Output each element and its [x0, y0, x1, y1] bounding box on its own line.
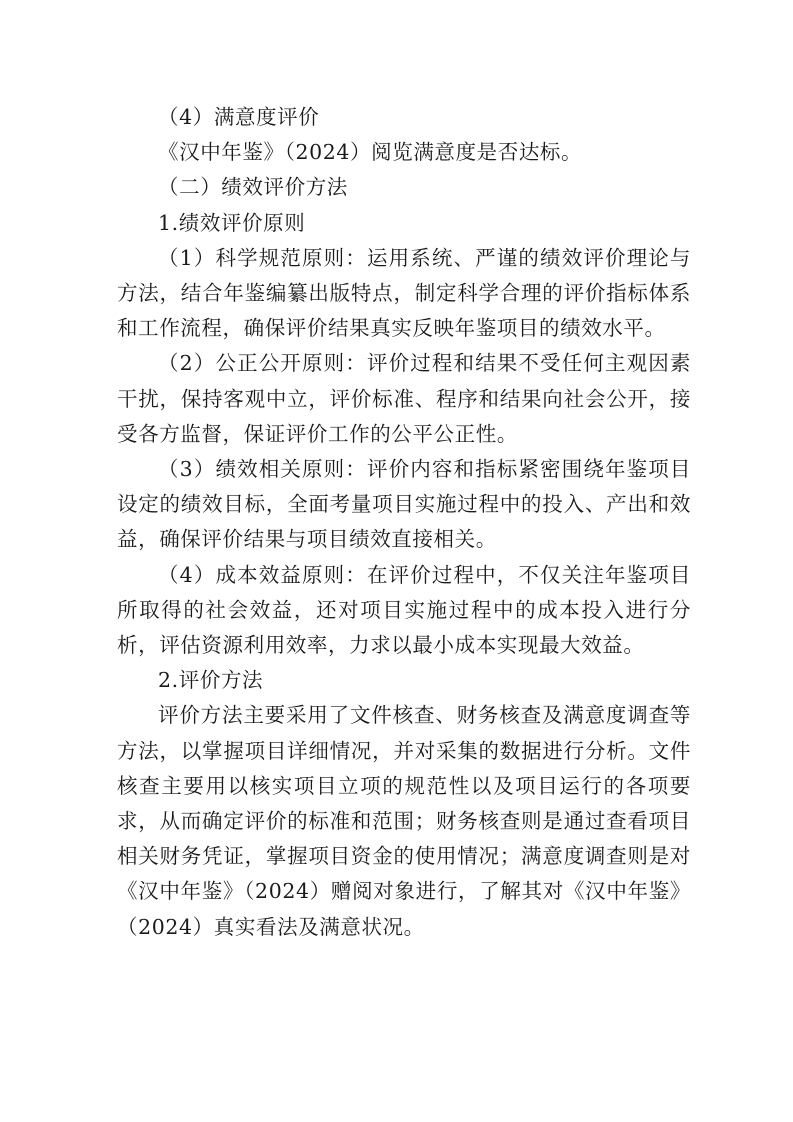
paragraph-fairness-principle: （2）公正公开原则：评价过程和结果不受任何主观因素干扰，保持客观中立，评价标准、… — [117, 346, 691, 452]
paragraph-relevance-principle: （3）绩效相关原则：评价内容和指标紧密围绕年鉴项目设定的绩效目标，全面考量项目实… — [117, 452, 691, 558]
paragraph-scientific-principle: （1）科学规范原则：运用系统、严谨的绩效评价理论与方法，结合年鉴编纂出版特点，制… — [117, 241, 691, 347]
section-heading-satisfaction: （4）满意度评价 — [117, 100, 691, 135]
paragraph-cost-benefit-principle: （4）成本效益原则：在评价过程中，不仅关注年鉴项目所取得的社会效益，还对项目实施… — [117, 558, 691, 664]
section-heading-evaluation-methods: （二）绩效评价方法 — [117, 170, 691, 205]
paragraph-satisfaction-standard: 《汉中年鉴》（2024）阅览满意度是否达标。 — [117, 135, 691, 170]
paragraph-method-description: 评价方法主要采用了文件核查、财务核查及满意度调查等方法，以掌握项目详细情况，并对… — [117, 698, 691, 944]
document-page: （4）满意度评价 《汉中年鉴》（2024）阅览满意度是否达标。 （二）绩效评价方… — [117, 100, 691, 945]
subheading-evaluation-method: 2.评价方法 — [117, 663, 691, 698]
subheading-evaluation-principles: 1.绩效评价原则 — [117, 206, 691, 241]
